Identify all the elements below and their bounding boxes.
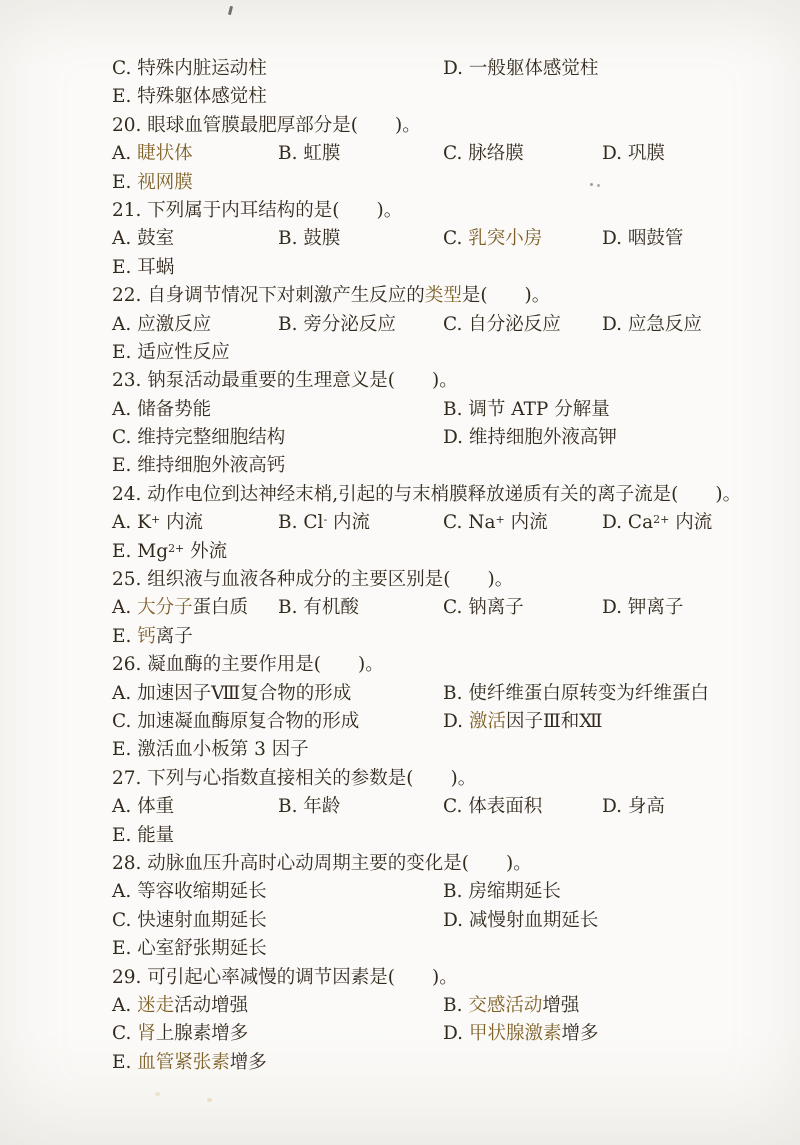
question-text: 20. 眼球血管膜最肥厚部分是( )。 — [112, 112, 421, 140]
question-line: 26. 凝血酶的主要作用是( )。 — [112, 651, 722, 679]
option-line: E. Mg2+ 外流 — [112, 538, 722, 566]
question-text: 22. 自身调节情况下对刺激产生反应的类型是( )。 — [112, 282, 550, 310]
question-line: 24. 动作电位到达神经末梢,引起的与末梢膜释放递质有关的离子流是( )。 — [112, 481, 722, 509]
option-text: D. 钾离子 — [602, 594, 683, 622]
option-text: E. Mg2+ 外流 — [112, 538, 227, 566]
option-text: A. 睫状体 — [112, 140, 193, 168]
option-text: B. 虹膜 — [278, 140, 340, 168]
scanned-exam-page: C. 特殊内脏运动柱D. 一般躯体感觉柱E. 特殊躯体感觉柱20. 眼球血管膜最… — [0, 0, 800, 1145]
option-line: C. 肾上腺素增多D. 甲状腺激素增多 — [112, 1020, 722, 1048]
option-text: A. K+ 内流 — [112, 509, 203, 537]
option-line: E. 适应性反应 — [112, 339, 722, 367]
option-text: C. 脉络膜 — [443, 140, 524, 168]
option-text: D. 咽鼓管 — [602, 225, 683, 253]
option-text: A. 储备势能 — [112, 396, 211, 424]
option-text: D. 应急反应 — [602, 311, 702, 339]
option-line: A. 储备势能B. 调节 ATP 分解量 — [112, 396, 722, 424]
option-text: C. 肾上腺素增多 — [112, 1020, 248, 1048]
option-text: E. 激活血小板第 3 因子 — [112, 736, 309, 764]
scan-artifact-dots — [590, 183, 593, 186]
question-line: 21. 下列属于内耳结构的是( )。 — [112, 197, 722, 225]
option-text: A. 应激反应 — [112, 311, 211, 339]
option-text: D. Ca2+ 内流 — [602, 509, 712, 537]
option-line: E. 耳蜗 — [112, 254, 722, 282]
question-text: 29. 可引起心率减慢的调节因素是( )。 — [112, 964, 458, 992]
question-line: 20. 眼球血管膜最肥厚部分是( )。 — [112, 112, 722, 140]
option-text: E. 视网膜 — [112, 169, 193, 197]
option-text: C. 加速凝血酶原复合物的形成 — [112, 708, 359, 736]
option-text: B. 使纤维蛋白原转变为纤维蛋白 — [443, 680, 709, 708]
option-line: E. 血管紧张素增多 — [112, 1049, 722, 1077]
option-text: C. 自分泌反应 — [443, 311, 561, 339]
option-text: C. 钠离子 — [443, 594, 524, 622]
question-line: 29. 可引起心率减慢的调节因素是( )。 — [112, 964, 722, 992]
option-text: D. 激活因子Ⅲ和Ⅻ — [443, 708, 602, 736]
question-text: 24. 动作电位到达神经末梢,引起的与末梢膜释放递质有关的离子流是( )。 — [112, 481, 741, 509]
option-text: A. 大分子蛋白质 — [112, 594, 248, 622]
option-line: E. 激活血小板第 3 因子 — [112, 736, 722, 764]
question-text: 23. 钠泵活动最重要的生理意义是( )。 — [112, 367, 458, 395]
option-text: A. 迷走活动增强 — [112, 992, 248, 1020]
option-text: A. 体重 — [112, 793, 174, 821]
option-text: A. 鼓室 — [112, 225, 174, 253]
option-text: E. 适应性反应 — [112, 339, 230, 367]
option-line: A. 迷走活动增强B. 交感活动增强 — [112, 992, 722, 1020]
exam-content: C. 特殊内脏运动柱D. 一般躯体感觉柱E. 特殊躯体感觉柱20. 眼球血管膜最… — [112, 55, 722, 1077]
option-text: B. 有机酸 — [278, 594, 359, 622]
option-text: D. 一般躯体感觉柱 — [443, 55, 598, 83]
option-text: C. 快速射血期延长 — [112, 907, 267, 935]
option-text: A. 加速因子Ⅷ复合物的形成 — [112, 680, 351, 708]
option-text: B. Cl- 内流 — [278, 509, 370, 537]
option-line: C. 维持完整细胞结构D. 维持细胞外液高钾 — [112, 424, 722, 452]
scan-artifact-speck-top — [228, 6, 233, 15]
option-text: E. 心室舒张期延长 — [112, 935, 267, 963]
question-text: 26. 凝血酶的主要作用是( )。 — [112, 651, 384, 679]
option-text: B. 年龄 — [278, 793, 340, 821]
option-text: E. 维持细胞外液高钙 — [112, 452, 285, 480]
option-line: A. 等容收缩期延长B. 房缩期延长 — [112, 878, 722, 906]
question-text: 28. 动脉血压升高时心动周期主要的变化是( )。 — [112, 850, 532, 878]
option-text: E. 特殊躯体感觉柱 — [112, 83, 267, 111]
option-text: B. 旁分泌反应 — [278, 311, 396, 339]
question-line: 27. 下列与心指数直接相关的参数是( )。 — [112, 765, 722, 793]
option-line: E. 心室舒张期延长 — [112, 935, 722, 963]
option-line: A. 应激反应B. 旁分泌反应C. 自分泌反应D. 应急反应 — [112, 311, 722, 339]
option-line: E. 维持细胞外液高钙 — [112, 452, 722, 480]
question-line: 23. 钠泵活动最重要的生理意义是( )。 — [112, 367, 722, 395]
option-text: C. 特殊内脏运动柱 — [112, 55, 267, 83]
option-line: A. 睫状体B. 虹膜C. 脉络膜D. 巩膜 — [112, 140, 722, 168]
option-text: C. 体表面积 — [443, 793, 542, 821]
option-text: D. 减慢射血期延长 — [443, 907, 598, 935]
scan-artifact-speck-bottom — [155, 1092, 160, 1096]
option-text: C. 乳突小房 — [443, 225, 542, 253]
option-text: C. Na+ 内流 — [443, 509, 548, 537]
option-text: B. 调节 ATP 分解量 — [443, 396, 610, 424]
option-line: E. 能量 — [112, 822, 722, 850]
question-line: 28. 动脉血压升高时心动周期主要的变化是( )。 — [112, 850, 722, 878]
option-text: B. 房缩期延长 — [443, 878, 561, 906]
question-text: 27. 下列与心指数直接相关的参数是( )。 — [112, 765, 476, 793]
option-text: E. 钙离子 — [112, 623, 193, 651]
question-line: 22. 自身调节情况下对刺激产生反应的类型是( )。 — [112, 282, 722, 310]
option-line: C. 加速凝血酶原复合物的形成D. 激活因子Ⅲ和Ⅻ — [112, 708, 722, 736]
option-text: C. 维持完整细胞结构 — [112, 424, 285, 452]
option-line: E. 特殊躯体感觉柱 — [112, 83, 722, 111]
option-line: A. K+ 内流B. Cl- 内流C. Na+ 内流D. Ca2+ 内流 — [112, 509, 722, 537]
option-text: D. 甲状腺激素增多 — [443, 1020, 598, 1048]
option-line: C. 特殊内脏运动柱D. 一般躯体感觉柱 — [112, 55, 722, 83]
option-text: D. 身高 — [602, 793, 665, 821]
option-line: A. 大分子蛋白质B. 有机酸C. 钠离子D. 钾离子 — [112, 594, 722, 622]
option-line: E. 视网膜 — [112, 169, 722, 197]
question-text: 21. 下列属于内耳结构的是( )。 — [112, 197, 402, 225]
option-text: E. 耳蜗 — [112, 254, 174, 282]
option-line: A. 加速因子Ⅷ复合物的形成B. 使纤维蛋白原转变为纤维蛋白 — [112, 680, 722, 708]
question-text: 25. 组织液与血液各种成分的主要区别是( )。 — [112, 566, 513, 594]
option-line: E. 钙离子 — [112, 623, 722, 651]
option-text: D. 维持细胞外液高钾 — [443, 424, 617, 452]
question-line: 25. 组织液与血液各种成分的主要区别是( )。 — [112, 566, 722, 594]
option-text: B. 交感活动增强 — [443, 992, 579, 1020]
option-line: C. 快速射血期延长D. 减慢射血期延长 — [112, 907, 722, 935]
option-text: E. 能量 — [112, 822, 174, 850]
option-text: A. 等容收缩期延长 — [112, 878, 267, 906]
option-text: B. 鼓膜 — [278, 225, 340, 253]
option-line: A. 体重B. 年龄C. 体表面积D. 身高 — [112, 793, 722, 821]
option-text: D. 巩膜 — [602, 140, 665, 168]
option-text: E. 血管紧张素增多 — [112, 1049, 267, 1077]
option-line: A. 鼓室B. 鼓膜C. 乳突小房D. 咽鼓管 — [112, 225, 722, 253]
